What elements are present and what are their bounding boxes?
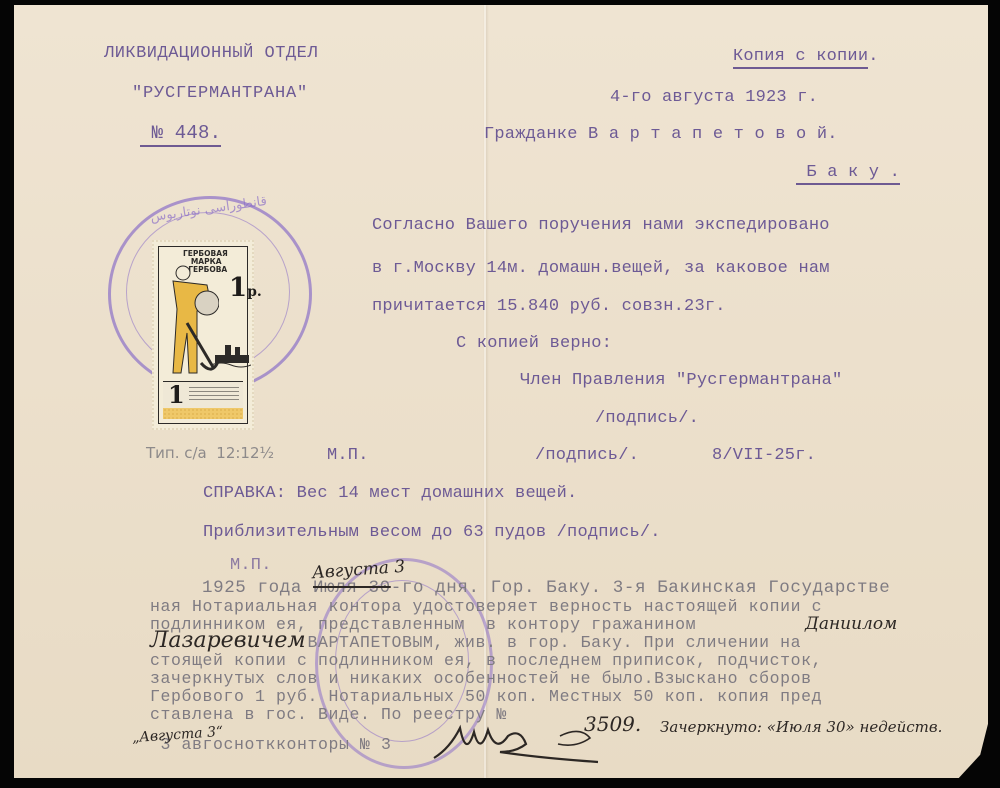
handwritten-patronymic: Лазаревичем [150,628,306,653]
body-line-2: в г.Москву 14м. домашн.вещей, за каковое… [372,259,830,278]
notary-line-2: ная Нотариальная контора удостоверяет ве… [150,598,822,615]
notary-line-1-end: -го дня. Гор. Баку. 3-я Бакинская Госуда… [391,578,891,598]
addressee: Гражданке В а р т а п е т о в о й. [484,125,838,144]
copy-note-dot: . [868,47,878,66]
revenue-stamp-value: 1р. [229,273,262,303]
board-member-title: Член Правления "Русгермантрана" [520,371,842,390]
letterhead-company: "РУСГЕРМАНТРАНА" [132,84,308,103]
reference-line-1: СПРАВКА: Вес 14 мест домашних вещей. [203,484,577,503]
signature-date: 8/VII-25г. [712,446,816,465]
notary-signature-icon [430,718,600,768]
letterhead-number: № 448. [140,122,221,147]
handwritten-first-name: Даниилом [805,614,897,634]
notary-line-1: 1925 года Июля 30-го дня. Гор. Баку. 3-я… [202,580,890,597]
revenue-stamp-bottom-value: 1 [168,380,185,409]
notary-line-5: стоящей копии с подлинником ея, в послед… [150,652,822,669]
body-line-3: причитается 15.840 руб. совзн.23г. [372,297,726,316]
addressee-city: Б а к у . [796,163,900,185]
revenue-stamp: ГЕРБОВАЯ МАРКА ГЕРБОВА 1р. 1 [152,240,254,430]
letterhead-department: ЛИКВИДАЦИОННЫЙ ОТДЕЛ [104,44,318,63]
revenue-stamp-value-unit: р. [247,284,262,300]
steamship-icon [211,337,251,373]
revenue-stamp-value-number: 1 [229,273,247,303]
signature-placeholder-2: /подпись/. [535,446,639,465]
letter-date: 4-го августа 1923 г. [610,88,818,107]
revenue-stamp-bottom-panel: 1 [163,381,243,409]
seal-place-label-2: М.П. [230,556,272,575]
handwritten-correction-note: Зачеркнуто: «Июля 30» недейств. [660,718,942,736]
revenue-stamp-yellow-margin [163,408,243,419]
signature-placeholder-1: /подпись/. [595,409,699,428]
revenue-stamp-microtext [189,387,239,403]
body-line-1: Согласно Вашего поручения нами экспедиро… [372,216,830,235]
revenue-stamp-frame: ГЕРБОВАЯ МАРКА ГЕРБОВА 1р. 1 [158,246,248,424]
pencil-note: Тип. с/а 12:12½ [146,444,274,462]
notary-line-7: Гербового 1 руб. Нотариальных 50 коп. Ме… [150,688,822,705]
seal-place-label: М.П. [327,446,369,465]
copy-note: Копия с копии. [733,47,879,66]
copy-certified: С копией верно: [456,334,612,353]
notary-line-1-start: 1925 года [202,578,313,598]
notary-line-6: зачеркнутых слов и никаких особенностей … [150,670,812,687]
reference-line-2: Приблизительным весом до 63 пудов /подпи… [203,523,661,542]
copy-note-text: Копия с копии [733,47,868,69]
